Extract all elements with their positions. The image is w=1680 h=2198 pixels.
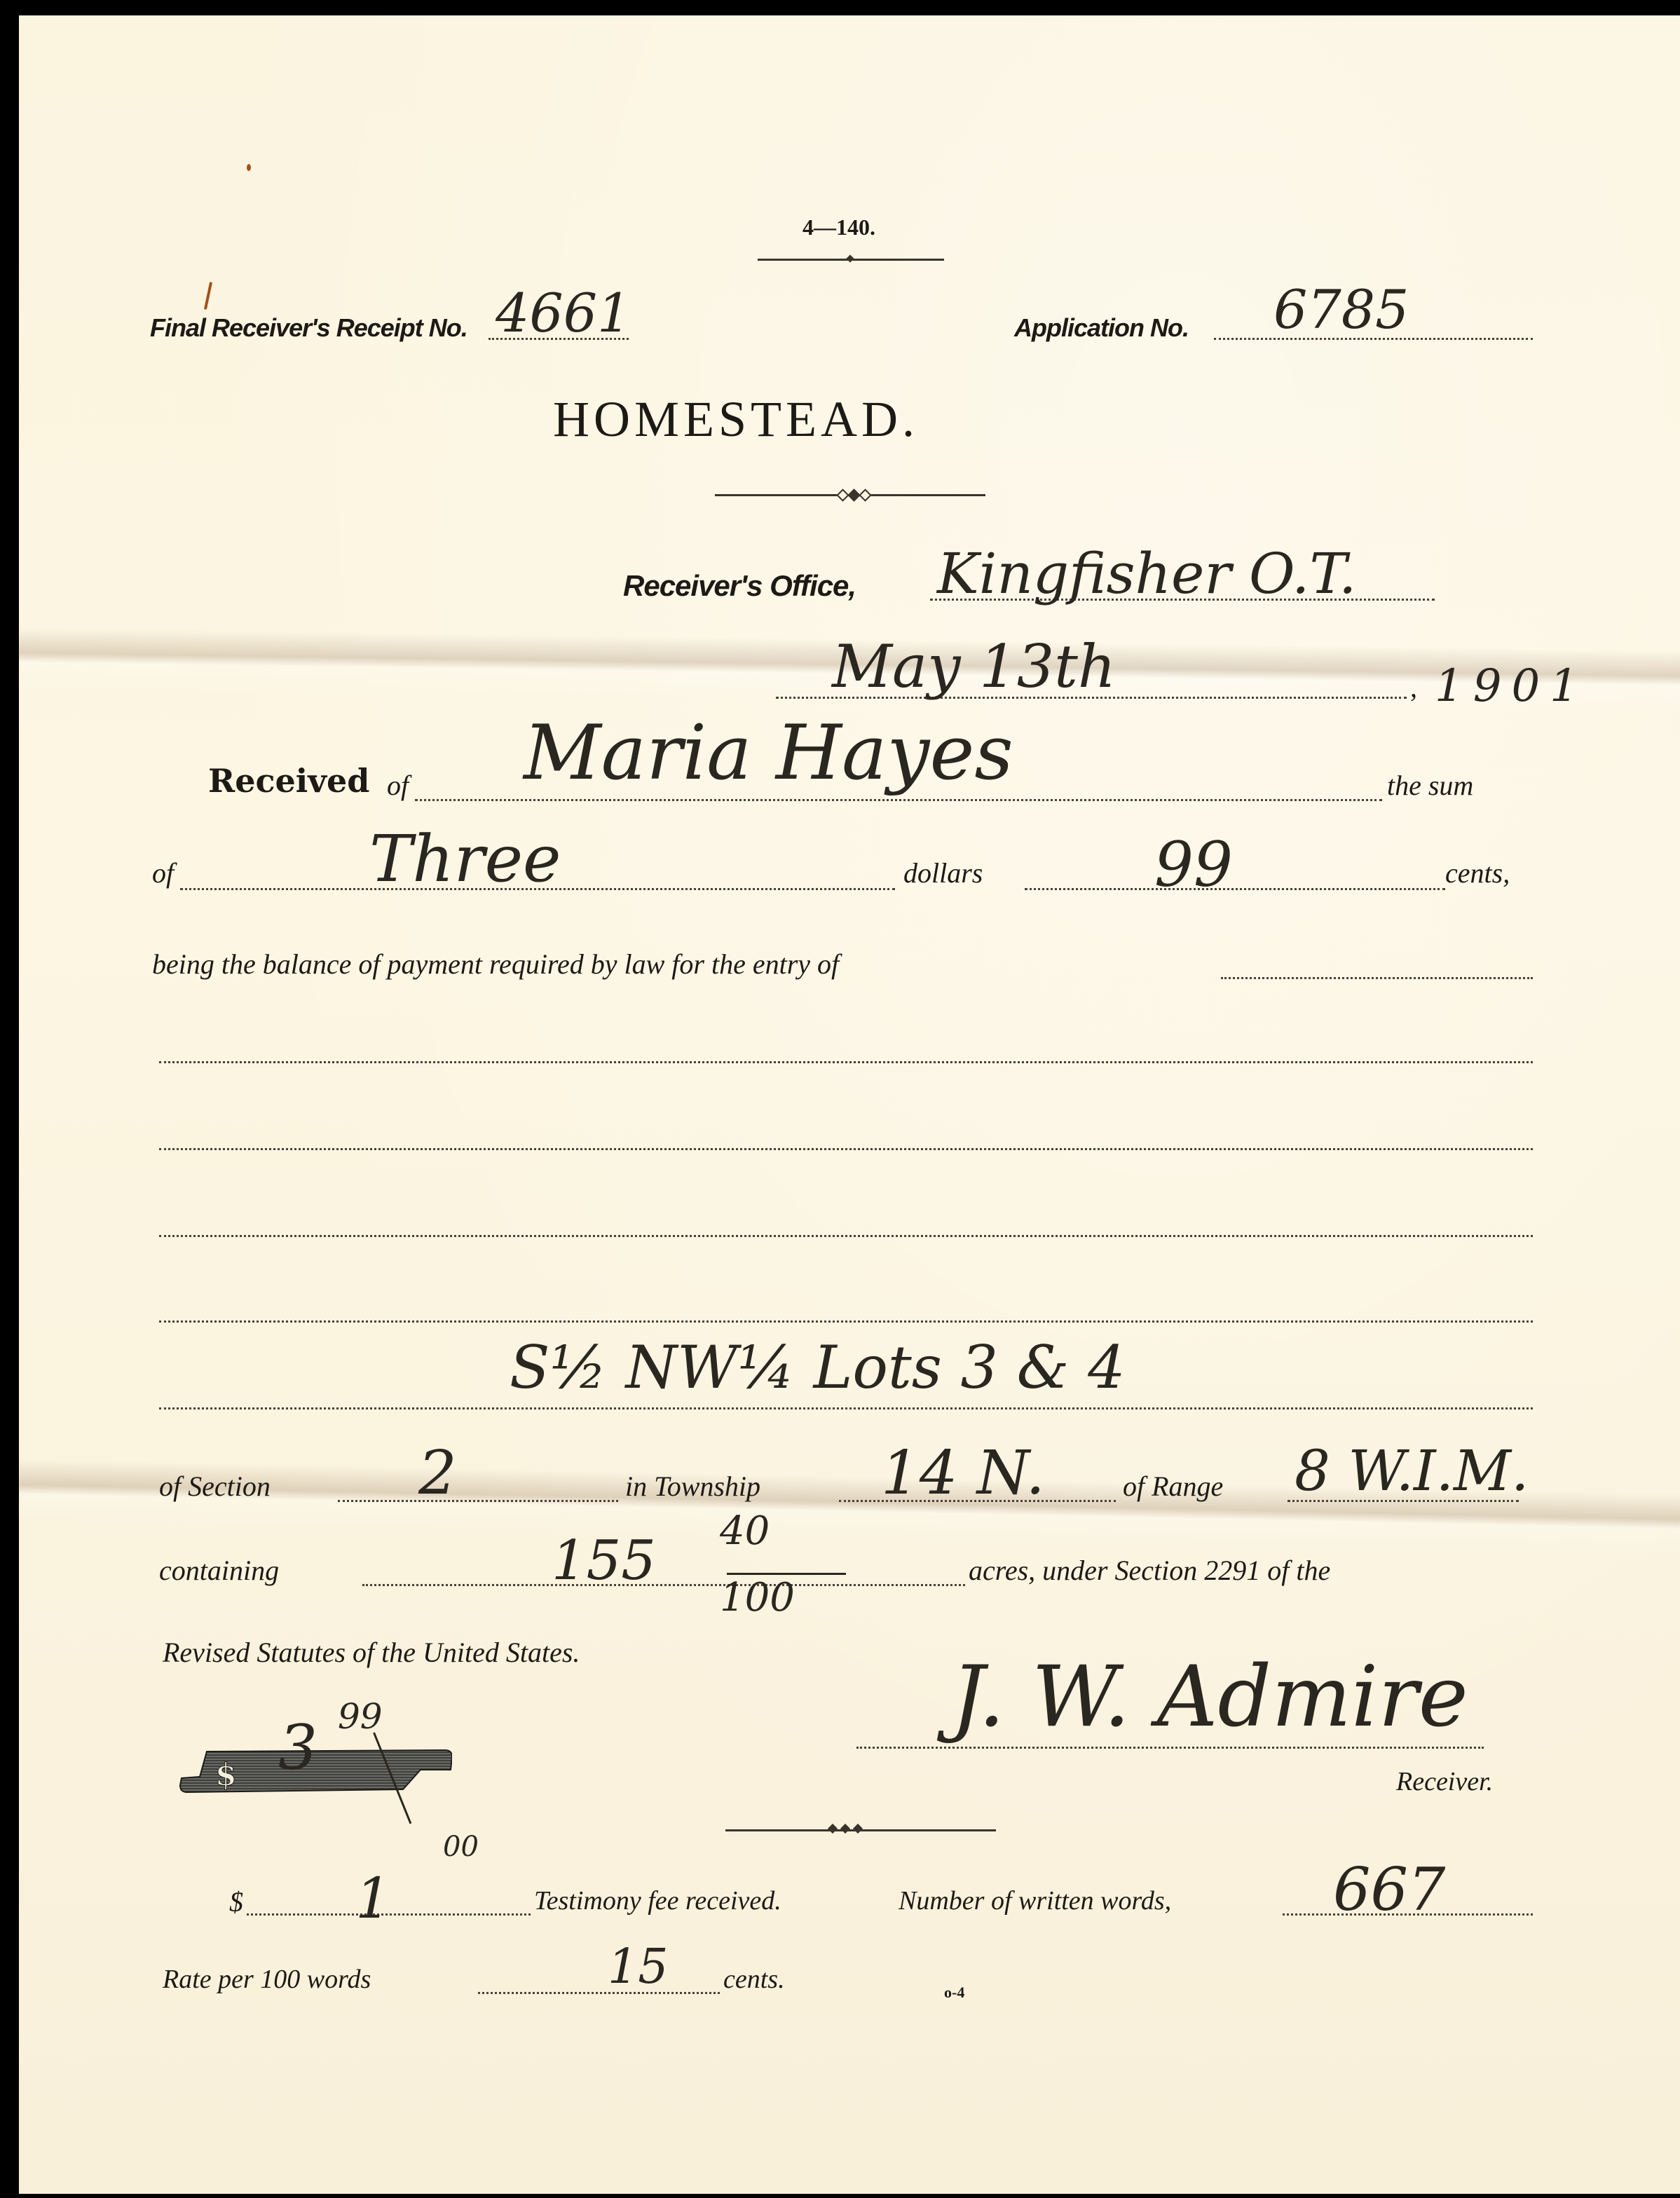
year-field[interactable]: 1901 (1435, 660, 1588, 712)
cents-amount-field[interactable]: 99 (1154, 828, 1233, 901)
entry-line-3 (159, 1235, 1533, 1237)
acres-line (362, 1584, 965, 1586)
payer-name-field[interactable]: Maria Hayes (524, 709, 1013, 797)
written-words-field[interactable]: 667 (1333, 1855, 1445, 1924)
cents-line (1025, 888, 1445, 890)
ink-spot (204, 282, 212, 310)
entry-line-5 (159, 1407, 1533, 1409)
entry-line-0 (1221, 977, 1533, 979)
the-sum-label: the sum (1387, 769, 1473, 802)
lower-ornament (725, 1829, 996, 1831)
form-number: 4—140. (803, 214, 875, 240)
testimony-fee-cents[interactable]: 00 (443, 1831, 479, 1863)
of-label: of (387, 769, 409, 802)
signature-line (856, 1747, 1484, 1749)
year-comma: , (1410, 671, 1417, 704)
ornament-diamond (840, 1824, 850, 1834)
application-number-label: Application No. (1014, 313, 1189, 343)
of-label-2: of (152, 856, 174, 889)
payer-line (415, 799, 1382, 801)
office-location-field[interactable]: Kingfisher O.T. (937, 541, 1356, 606)
title-ornament (715, 494, 985, 496)
ornament-diamond (853, 1824, 863, 1834)
receipt-document: 4—140. Final Receiver's Receipt No. 4661… (19, 15, 1680, 2194)
application-number-field[interactable]: 6785 (1273, 278, 1409, 341)
testimony-fee-whole[interactable]: 1 (355, 1866, 391, 1931)
township-field[interactable]: 14 N. (881, 1438, 1045, 1508)
dollars-amount-field[interactable]: Three (369, 821, 561, 896)
ornament-diamond (828, 1824, 838, 1834)
section-field[interactable]: 2 (418, 1438, 457, 1508)
fee-dollar-sign: $ (229, 1885, 243, 1918)
township-label: in Township (625, 1470, 760, 1503)
cents-label: cents, (1445, 856, 1510, 889)
rate-field[interactable]: 15 (608, 1939, 669, 1995)
ornament-diamond (859, 489, 871, 501)
testimony-label: Testimony fee received. (534, 1885, 781, 1916)
acres-whole-field[interactable]: 155 (552, 1529, 656, 1592)
rate-line (478, 1992, 720, 1994)
entry-line-2 (159, 1148, 1533, 1150)
range-label: of Range (1123, 1470, 1223, 1503)
containing-label: containing (159, 1554, 279, 1587)
amount-whole-field[interactable]: 3 (278, 1712, 317, 1784)
svg-text:$: $ (215, 1757, 237, 1793)
ink-spot (247, 164, 251, 171)
range-field[interactable]: 8 W.I.M. (1295, 1438, 1529, 1503)
acres-fraction-denominator[interactable]: 100 (720, 1575, 795, 1620)
receiver-signature: J. W. Admire (951, 1648, 1468, 1746)
receipt-number-field[interactable]: 4661 (496, 282, 631, 344)
rate-unit-label: cents. (723, 1964, 785, 1995)
dollars-label: dollars (903, 856, 983, 889)
statutes-text: Revised Statutes of the United States. (163, 1636, 580, 1669)
acres-section-text: acres, under Section 2291 of the (969, 1554, 1330, 1587)
balance-text: being the balance of payment required by… (152, 948, 839, 981)
receiver-label: Receiver. (1396, 1766, 1493, 1797)
entry-line-4 (159, 1320, 1533, 1323)
land-description-field[interactable]: S½ NW¼ Lots 3 & 4 (510, 1333, 1126, 1402)
page-title: HOMESTEAD. (553, 390, 919, 449)
date-field[interactable]: May 13th (832, 632, 1116, 701)
receipt-number-label: Final Receiver's Receipt No. (150, 313, 467, 343)
printer-code: o-4 (944, 1984, 964, 2002)
section-label: of Section (159, 1470, 271, 1503)
entry-line-1 (159, 1061, 1533, 1063)
received-label: Received (208, 762, 369, 800)
amount-cents-field[interactable]: 99 (338, 1696, 383, 1737)
acres-fraction-numerator[interactable]: 40 (720, 1508, 770, 1554)
receivers-office-label: Receiver's Office, (623, 569, 856, 603)
written-words-label: Number of written words, (899, 1885, 1171, 1916)
section-line (338, 1500, 618, 1502)
divider-rule (758, 259, 944, 261)
rate-label: Rate per 100 words (163, 1964, 371, 1995)
